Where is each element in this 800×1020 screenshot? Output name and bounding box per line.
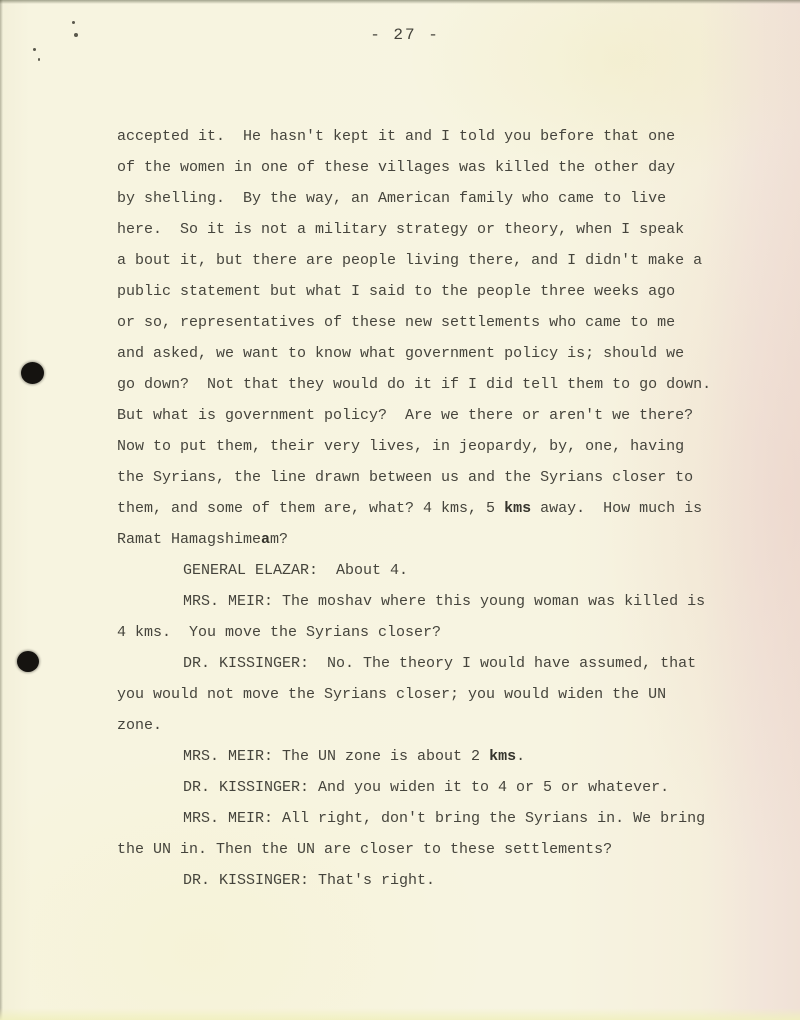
- document-line-text: the Syrians, the line drawn between us a…: [117, 469, 693, 486]
- document-line-text: DR. KISSINGER: No. The theory I would ha…: [183, 655, 696, 672]
- scan-edge-bottom: [0, 1008, 800, 1020]
- document-line: or so, representatives of these new sett…: [117, 307, 757, 338]
- document-line-text: MRS. MEIR: All right, don't bring the Sy…: [183, 810, 705, 827]
- scan-speck: [72, 21, 75, 24]
- document-line-text: .: [516, 748, 525, 765]
- punch-hole: [17, 651, 39, 672]
- document-line: Now to put them, their very lives, in je…: [117, 431, 757, 462]
- document-line-text: DR. KISSINGER: That's right.: [183, 872, 435, 889]
- document-line: you would not move the Syrians closer; y…: [117, 679, 757, 710]
- punch-hole: [21, 362, 44, 384]
- document-line: MRS. MEIR: The UN zone is about 2 kms.: [117, 741, 757, 772]
- document-line: But what is government policy? Are we th…: [117, 400, 757, 431]
- page-number: - 27 -: [0, 26, 800, 44]
- document-line: DR. KISSINGER: And you widen it to 4 or …: [117, 772, 757, 803]
- document-line-text: public statement but what I said to the …: [117, 283, 675, 300]
- document-line-text: m?: [270, 531, 288, 548]
- document-line: public statement but what I said to the …: [117, 276, 757, 307]
- document-line-text: go down? Not that they would do it if I …: [117, 376, 711, 393]
- document-line-text: MRS. MEIR: The moshav where this young w…: [183, 593, 705, 610]
- document-line: and asked, we want to know what governme…: [117, 338, 757, 369]
- scan-edge-left: [0, 0, 3, 1020]
- document-line: zone.: [117, 710, 757, 741]
- document-line: DR. KISSINGER: No. The theory I would ha…: [117, 648, 757, 679]
- document-line-text: But what is government policy? Are we th…: [117, 407, 693, 424]
- document-line-text: a bout it, but there are people living t…: [117, 252, 702, 269]
- document-line-text: or so, representatives of these new sett…: [117, 314, 675, 331]
- document-line-text-bold: kms: [504, 500, 531, 517]
- document-line-text: DR. KISSINGER: And you widen it to 4 or …: [183, 779, 669, 796]
- document-line: the UN in. Then the UN are closer to the…: [117, 834, 757, 865]
- document-line: here. So it is not a military strategy o…: [117, 214, 757, 245]
- document-line: by shelling. By the way, an American fam…: [117, 183, 757, 214]
- document-line-text-bold: kms: [489, 748, 516, 765]
- document-line-text: MRS. MEIR: The UN zone is about 2: [183, 748, 489, 765]
- document-line-text: and asked, we want to know what governme…: [117, 345, 684, 362]
- document-line-text: Now to put them, their very lives, in je…: [117, 438, 684, 455]
- document-line-text: them, and some of them are, what? 4 kms,…: [117, 500, 504, 517]
- document-line: MRS. MEIR: The moshav where this young w…: [117, 586, 757, 617]
- document-line-text: away. How much is: [531, 500, 702, 517]
- scan-edge-top: [0, 0, 800, 4]
- document-line-text: here. So it is not a military strategy o…: [117, 221, 684, 238]
- document-line-text-bold: a: [261, 531, 270, 548]
- scan-speck: [38, 58, 40, 61]
- scan-speck: [33, 48, 36, 51]
- document-page: - 27 - accepted it. He hasn't kept it an…: [0, 0, 800, 1020]
- document-line: DR. KISSINGER: That's right.: [117, 865, 757, 896]
- document-line-text: 4 kms. You move the Syrians closer?: [117, 624, 441, 641]
- document-line: 4 kms. You move the Syrians closer?: [117, 617, 757, 648]
- document-line-text: you would not move the Syrians closer; y…: [117, 686, 666, 703]
- transcript-body: accepted it. He hasn't kept it and I tol…: [117, 121, 757, 896]
- document-line-text: of the women in one of these villages wa…: [117, 159, 675, 176]
- document-line: accepted it. He hasn't kept it and I tol…: [117, 121, 757, 152]
- document-line: them, and some of them are, what? 4 kms,…: [117, 493, 757, 524]
- document-line-text: by shelling. By the way, an American fam…: [117, 190, 666, 207]
- document-line-text: the UN in. Then the UN are closer to the…: [117, 841, 612, 858]
- document-line: go down? Not that they would do it if I …: [117, 369, 757, 400]
- document-line: of the women in one of these villages wa…: [117, 152, 757, 183]
- document-line-text: GENERAL ELAZAR: About 4.: [183, 562, 408, 579]
- document-line: a bout it, but there are people living t…: [117, 245, 757, 276]
- document-line: Ramat Hamagshimeam?: [117, 524, 757, 555]
- document-line: the Syrians, the line drawn between us a…: [117, 462, 757, 493]
- document-line: MRS. MEIR: All right, don't bring the Sy…: [117, 803, 757, 834]
- document-line-text: Ramat Hamagshime: [117, 531, 261, 548]
- document-line: GENERAL ELAZAR: About 4.: [117, 555, 757, 586]
- document-line-text: accepted it. He hasn't kept it and I tol…: [117, 128, 675, 145]
- document-line-text: zone.: [117, 717, 162, 734]
